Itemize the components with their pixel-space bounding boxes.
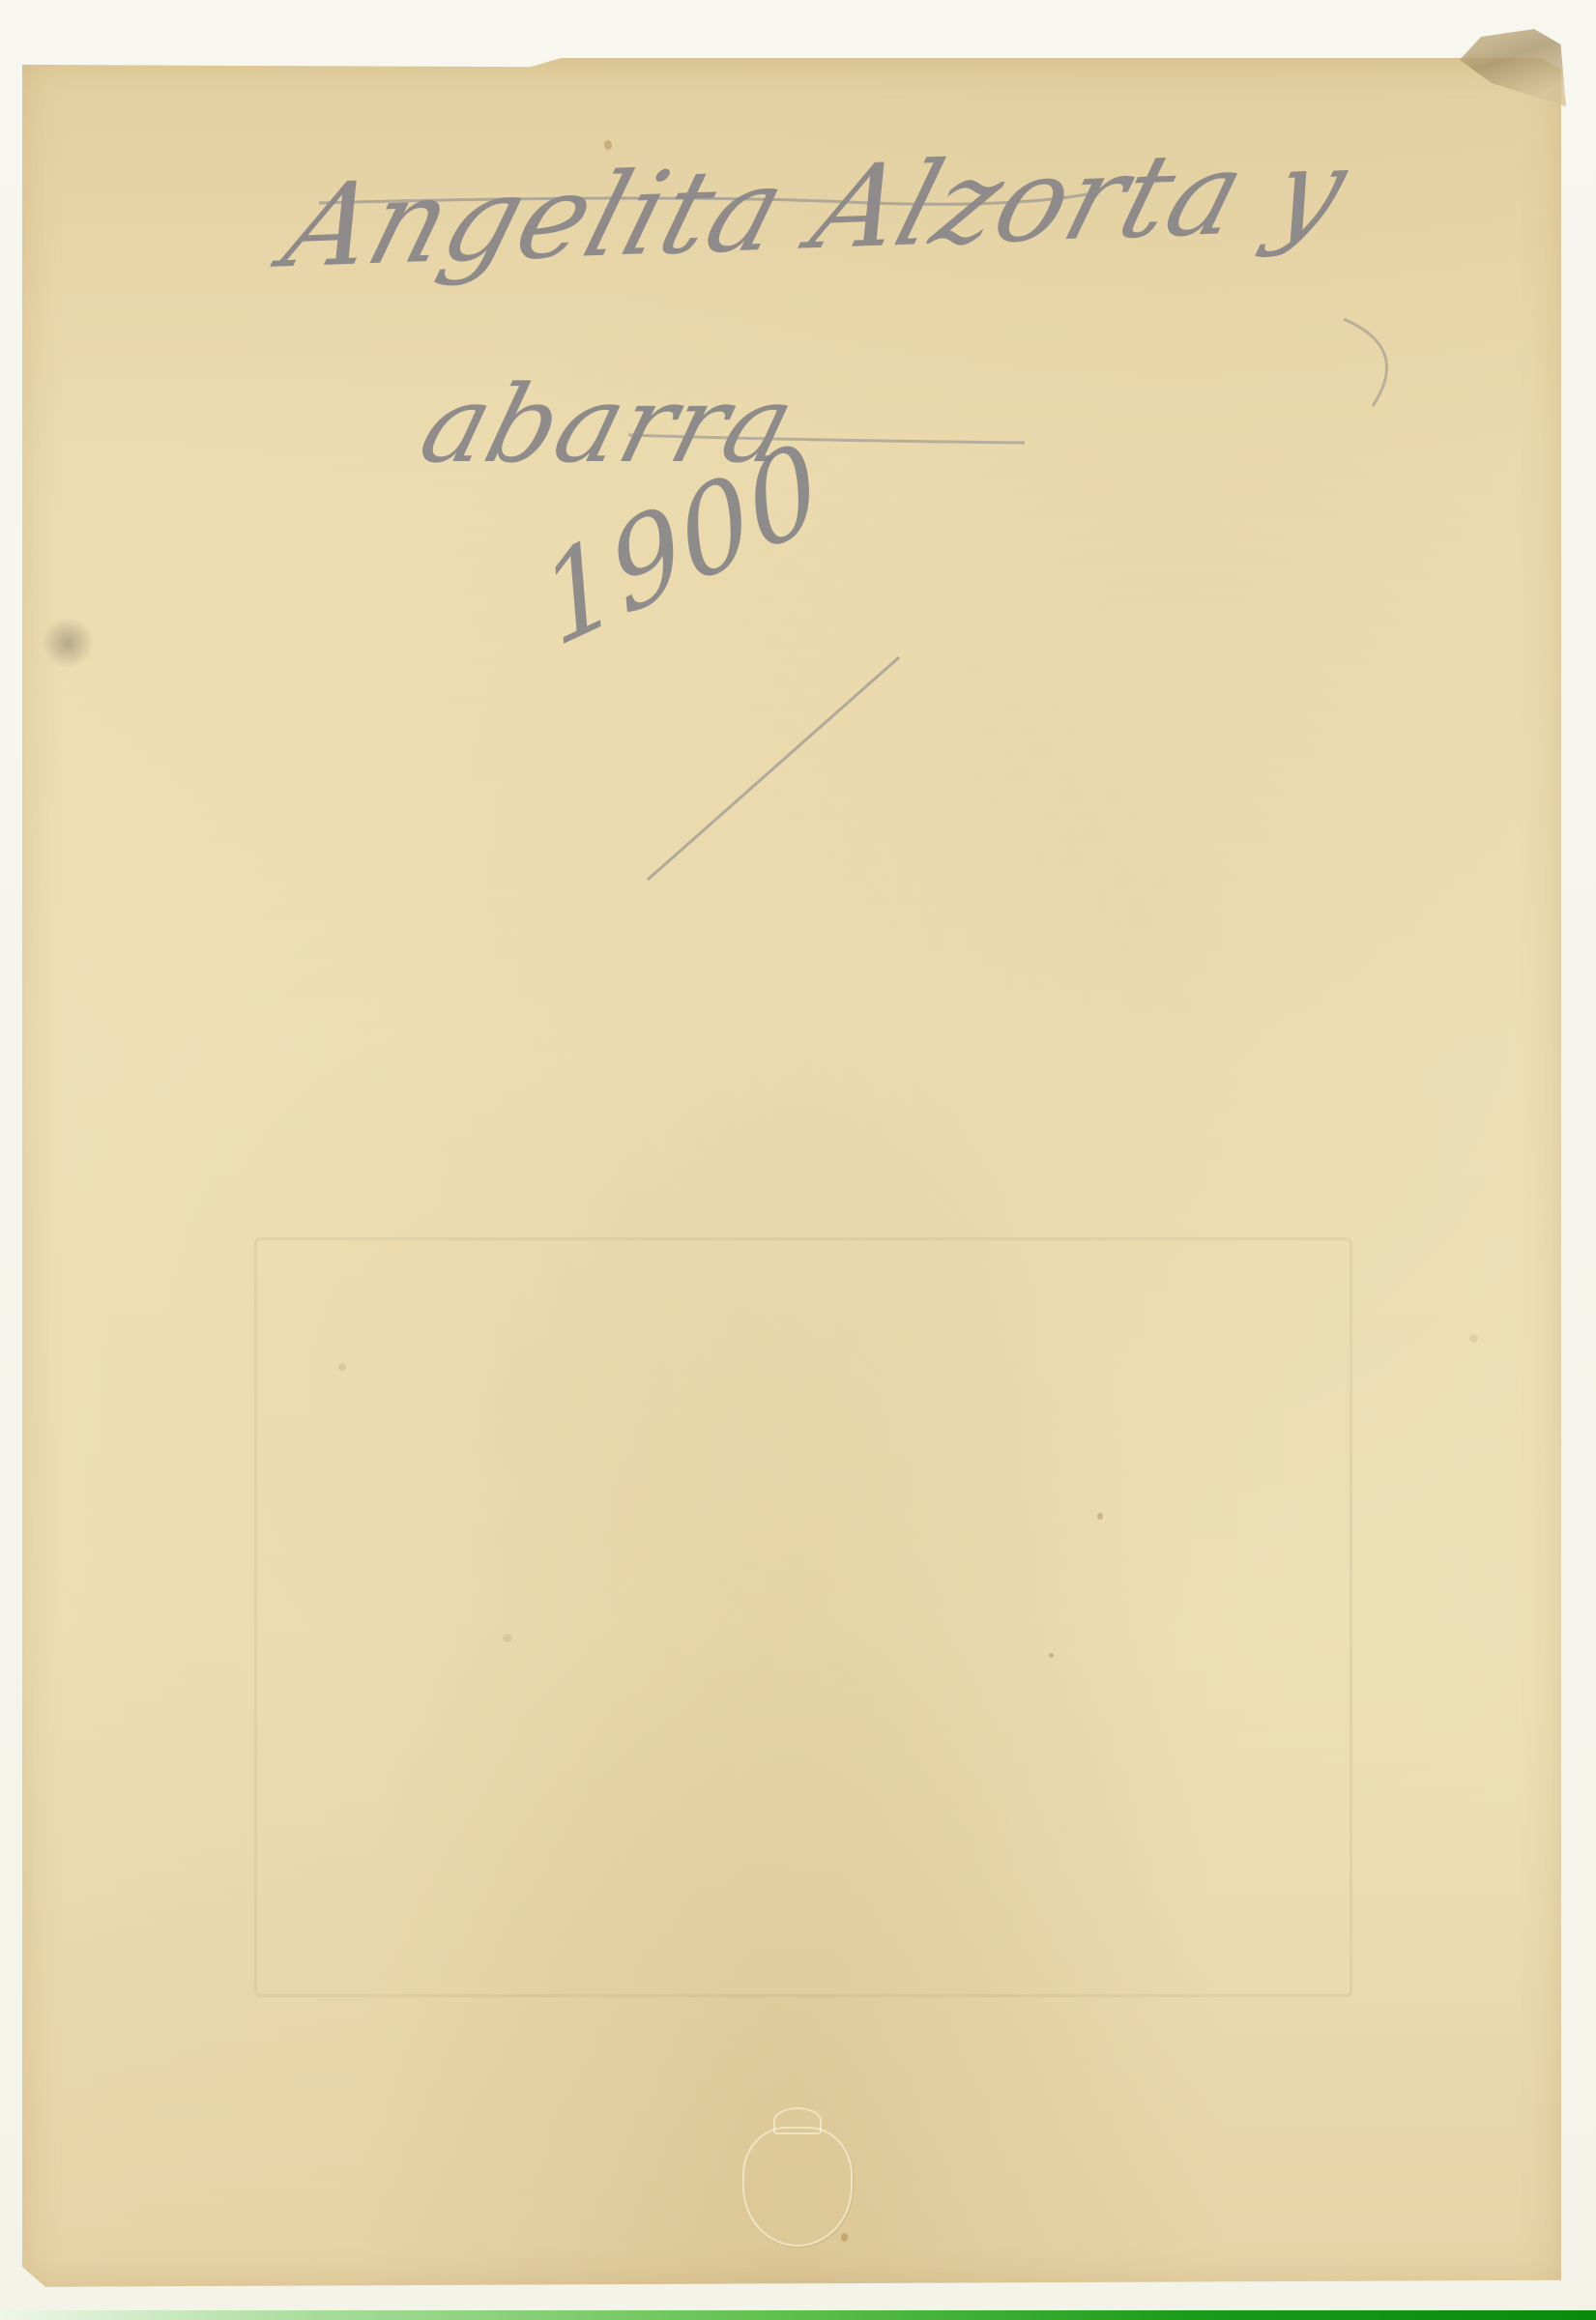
crest-icon [742, 2127, 853, 2247]
viewer-progress-bar [0, 2310, 1596, 2320]
foxing-spot [841, 2233, 848, 2242]
foxing-spot [338, 1363, 346, 1371]
foxing-spot [1049, 1653, 1054, 1658]
foxing-spot [503, 1634, 512, 1642]
faint-print-frame [254, 1237, 1352, 1997]
pencil-smudge [39, 619, 97, 667]
foxing-spot [1097, 1513, 1103, 1520]
foxing-spot [1469, 1334, 1478, 1343]
